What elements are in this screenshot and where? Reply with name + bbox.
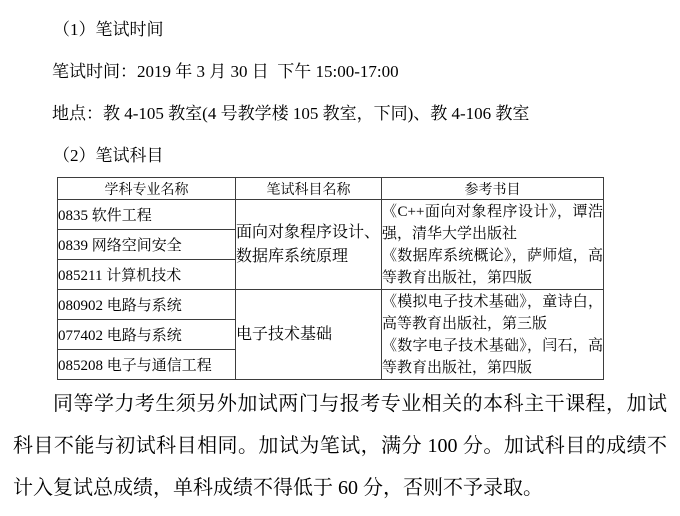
document-page: （1）笔试时间 笔试时间：2019 年 3 月 30 日 下午 15:00-17… — [0, 0, 680, 516]
section-heading-written-exam-time: （1）笔试时间 — [53, 18, 164, 42]
subjects-table: 学科专业名称 笔试科目名称 参考书目 0835 软件工程 面向对象程序设计、 数… — [57, 177, 604, 380]
major-cell: 077402 电路与系统 — [58, 320, 236, 350]
table-header-row: 学科专业名称 笔试科目名称 参考书目 — [58, 178, 604, 200]
subject-cell: 面向对象程序设计、 数据库系统原理 — [236, 200, 382, 290]
subject-line: 电子技术基础 — [236, 323, 381, 347]
reference-book: 《数字电子技术基础》，闫石，高等教育出版社，第四版 — [382, 335, 603, 379]
major-cell: 0839 网络空间安全 — [58, 230, 236, 260]
major-cell: 0835 软件工程 — [58, 200, 236, 230]
major-cell: 085211 计算机技术 — [58, 260, 236, 290]
reference-book: 《模拟电子技术基础》，童诗白，高等教育出版社，第三版 — [382, 291, 603, 335]
subject-line: 面向对象程序设计、 — [236, 221, 381, 245]
col-header-major-name: 学科专业名称 — [58, 178, 236, 200]
table-row: 080902 电路与系统 电子技术基础 《模拟电子技术基础》，童诗白，高等教育出… — [58, 290, 604, 320]
major-cell: 085208 电子与通信工程 — [58, 350, 236, 380]
col-header-reference-books: 参考书目 — [382, 178, 604, 200]
reference-book: 《数据库系统概论》，萨师煊，高等教育出版社，第四版 — [382, 245, 603, 289]
exam-location-line: 地点：教 4-105 教室(4 号教学楼 105 教室，下同)、教 4-106 … — [52, 102, 529, 126]
major-cell: 080902 电路与系统 — [58, 290, 236, 320]
subject-line: 数据库系统原理 — [236, 245, 381, 269]
col-header-exam-subject: 笔试科目名称 — [236, 178, 382, 200]
table-row: 0835 软件工程 面向对象程序设计、 数据库系统原理 《C++面向对象程序设计… — [58, 200, 604, 230]
exam-time-line: 笔试时间：2019 年 3 月 30 日 下午 15:00-17:00 — [52, 60, 399, 84]
section-heading-written-exam-subjects: （2）笔试科目 — [53, 144, 164, 168]
reference-book: 《C++面向对象程序设计》，谭浩强，清华大学出版社 — [382, 201, 603, 245]
references-cell: 《模拟电子技术基础》，童诗白，高等教育出版社，第三版 《数字电子技术基础》，闫石… — [382, 290, 604, 380]
equivalent-qualification-note: 同等学力考生须另外加试两门与报考专业相关的本科主干课程，加试科目不能与初试科目相… — [13, 383, 667, 509]
references-cell: 《C++面向对象程序设计》，谭浩强，清华大学出版社 《数据库系统概论》，萨师煊，… — [382, 200, 604, 290]
subject-cell: 电子技术基础 — [236, 290, 382, 380]
